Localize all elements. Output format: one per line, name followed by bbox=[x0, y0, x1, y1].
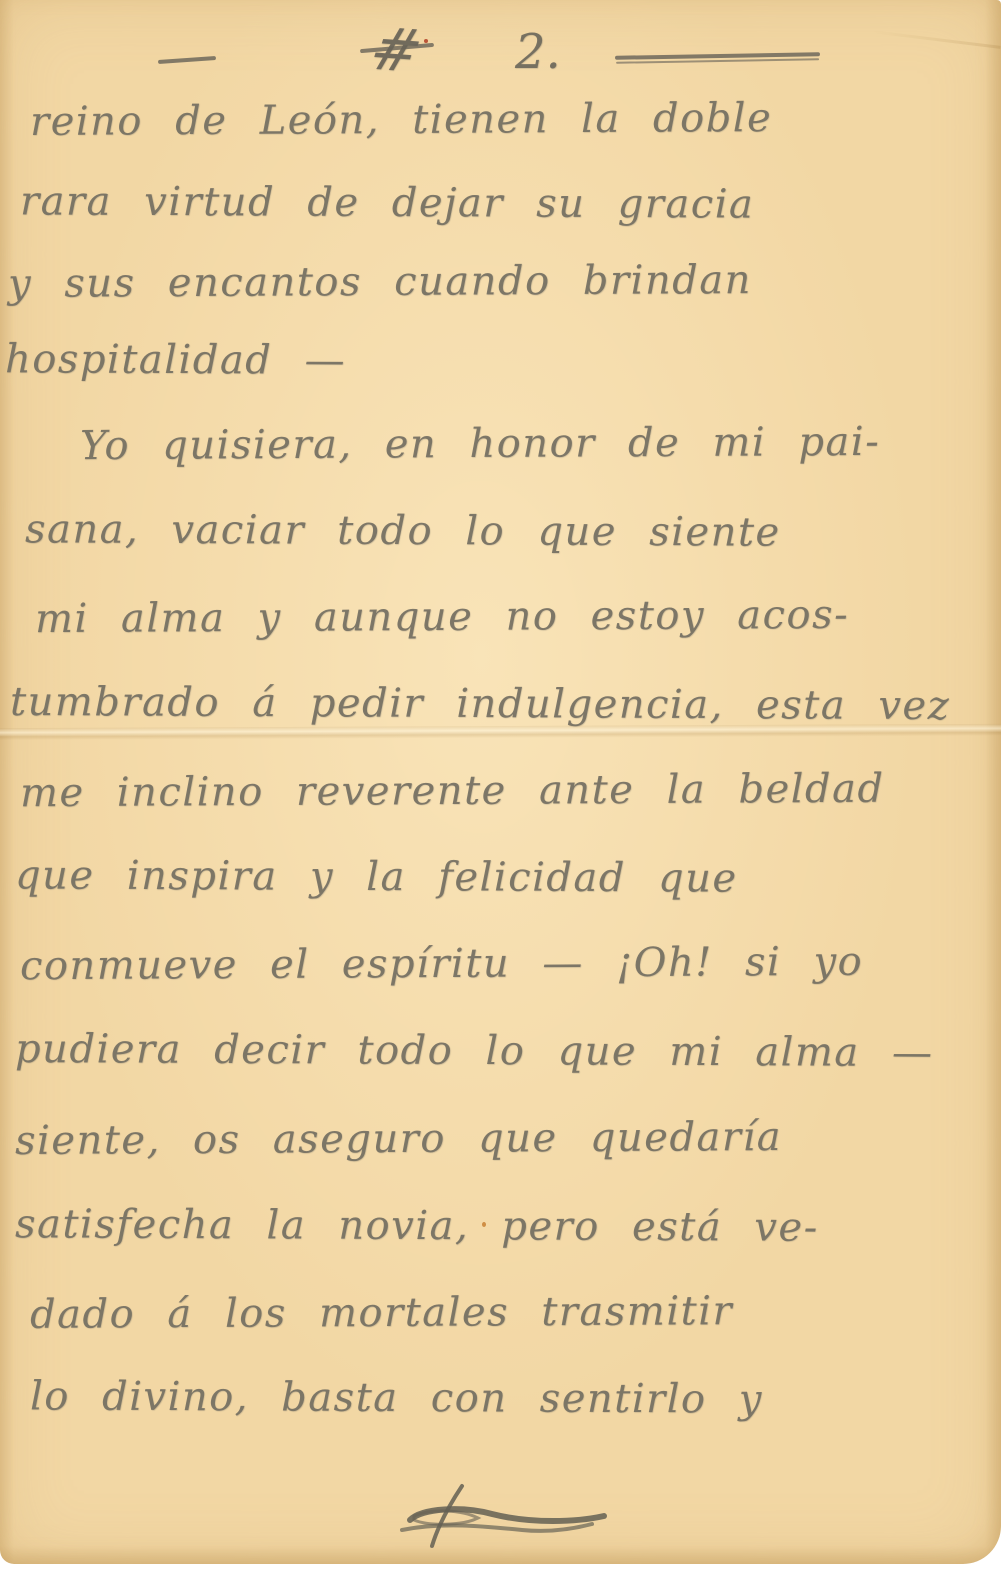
handwritten-line: que inspira y la felicidad que bbox=[15, 855, 738, 898]
handwritten-line: reino de León, tienen la doble bbox=[30, 98, 772, 142]
handwritten-line: hospitalidad — bbox=[5, 339, 346, 380]
handwritten-line: conmueve el espíritu — ¡Oh! si yo bbox=[20, 942, 863, 986]
handwritten-line: me inclino reverente ante la beldad bbox=[20, 769, 885, 814]
handwritten-line: dado á los mortales trasmitir bbox=[30, 1291, 733, 1335]
handwritten-line: mi alma y aunque no estoy acos- bbox=[35, 595, 849, 639]
handwritten-line: pudiera decir todo lo que mi alma — bbox=[15, 1029, 934, 1073]
manuscript-page: # 2. reino de León, tienen la doble rara… bbox=[0, 0, 1001, 1564]
page-number: 2. bbox=[515, 24, 561, 80]
header-right-dash bbox=[615, 52, 820, 60]
handwritten-line: siente, os aseguro que quedaría bbox=[15, 1117, 782, 1161]
handwritten-line: sana, vaciar todo lo que siente bbox=[25, 509, 781, 552]
handwritten-line: tumbrado á pedir indulgencia, esta vez bbox=[10, 682, 950, 726]
handwritten-line: rara virtud de dejar su gracia bbox=[20, 181, 754, 224]
handwritten-line: satisfecha la novia, pero está ve- bbox=[15, 1204, 819, 1248]
handwritten-line: lo divino, basta con sentirlo y bbox=[30, 1376, 763, 1419]
page-number-hash: # bbox=[372, 16, 421, 84]
handwritten-line: Yo quisiera, en honor de mi pai- bbox=[80, 422, 880, 466]
page-header: # 2. bbox=[0, 22, 1001, 92]
handwritten-line: y sus encantos cuando brindan bbox=[8, 260, 752, 304]
end-hash-mark-icon bbox=[392, 1478, 612, 1562]
header-left-dash bbox=[158, 56, 216, 64]
